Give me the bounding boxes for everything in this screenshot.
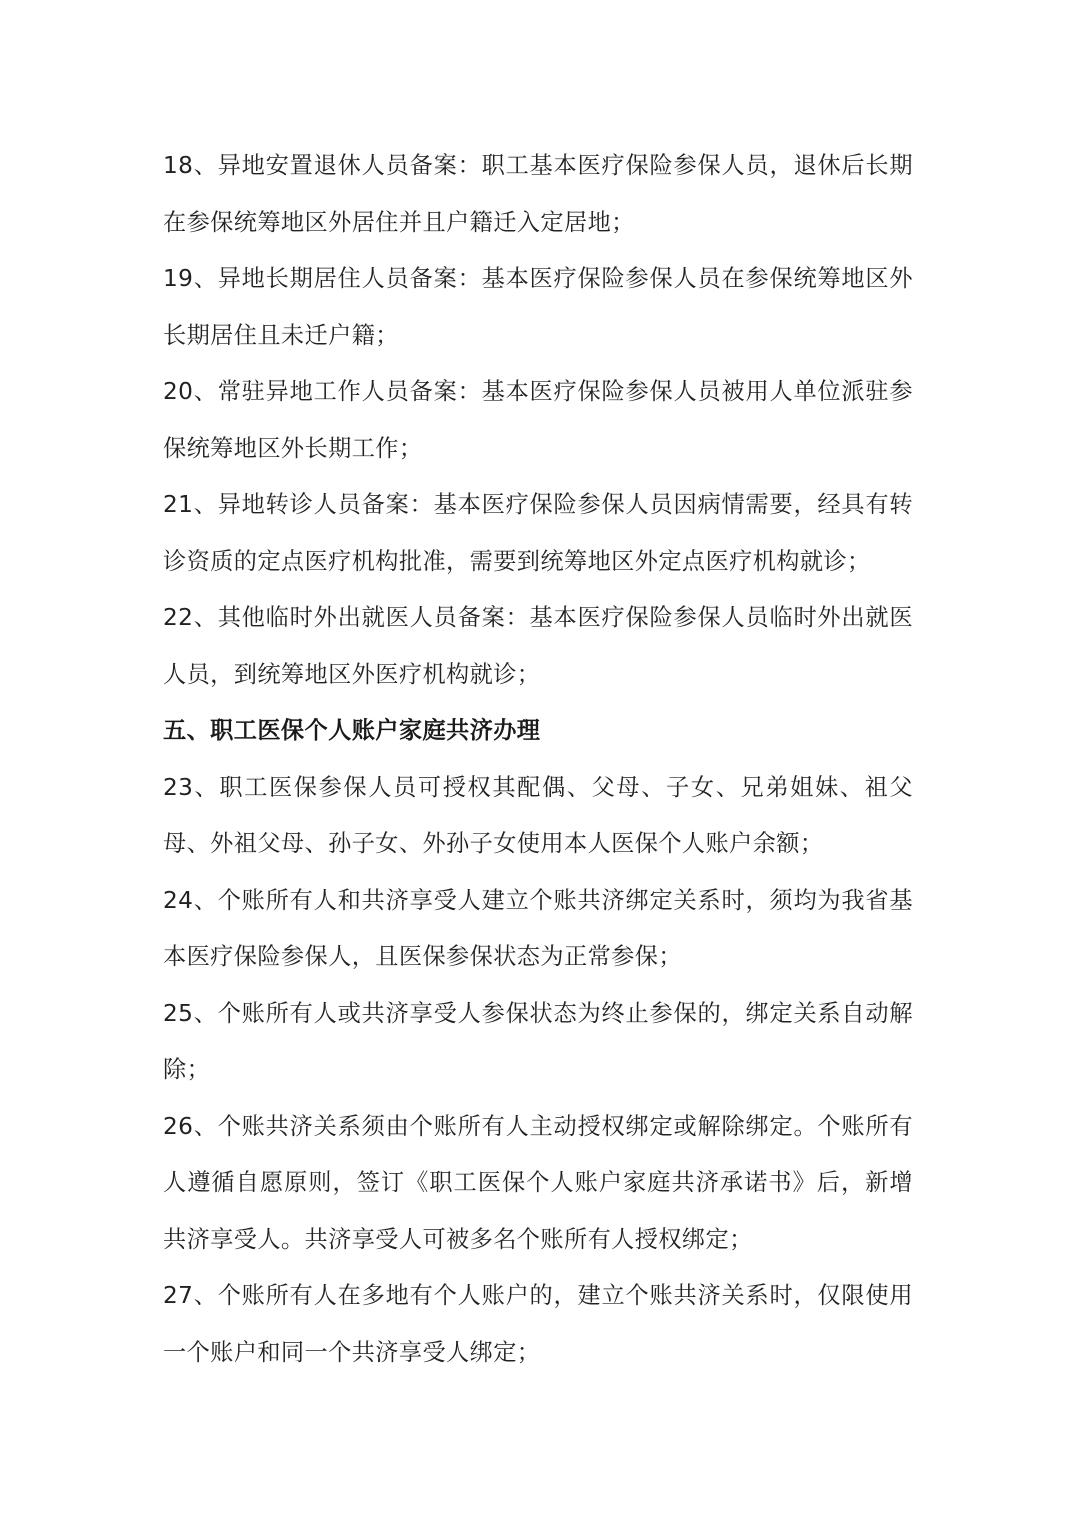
item-21: 21、异地转诊人员备案：基本医疗保险参保人员因病情需要，经具有转诊资质的定点医疗… bbox=[163, 477, 913, 590]
item-26: 26、个账共济关系须由个账所有人主动授权绑定或解除绑定。个账所有人遵循自愿原则，… bbox=[163, 1099, 913, 1269]
section-heading: 五、职工医保个人账户家庭共济办理 bbox=[163, 703, 913, 760]
item-27: 27、个账所有人在多地有个人账户的，建立个账共济关系时，仅限使用一个账户和同一个… bbox=[163, 1268, 913, 1381]
item-24: 24、个账所有人和共济享受人建立个账共济绑定关系时，须均为我省基本医疗保险参保人… bbox=[163, 873, 913, 986]
item-19: 19、异地长期居住人员备案：基本医疗保险参保人员在参保统筹地区外长期居住且未迁户… bbox=[163, 251, 913, 364]
item-25: 25、个账所有人或共济享受人参保状态为终止参保的，绑定关系自动解除； bbox=[163, 986, 913, 1099]
item-22: 22、其他临时外出就医人员备案：基本医疗保险参保人员临时外出就医人员，到统筹地区… bbox=[163, 590, 913, 703]
item-20: 20、常驻异地工作人员备案：基本医疗保险参保人员被用人单位派驻参保统筹地区外长期… bbox=[163, 364, 913, 477]
document-page: 18、异地安置退休人员备案：职工基本医疗保险参保人员，退休后长期在参保统筹地区外… bbox=[163, 138, 913, 1381]
item-18: 18、异地安置退休人员备案：职工基本医疗保险参保人员，退休后长期在参保统筹地区外… bbox=[163, 138, 913, 251]
item-23: 23、职工医保参保人员可授权其配偶、父母、子女、兄弟姐妹、祖父母、外祖父母、孙子… bbox=[163, 760, 913, 873]
